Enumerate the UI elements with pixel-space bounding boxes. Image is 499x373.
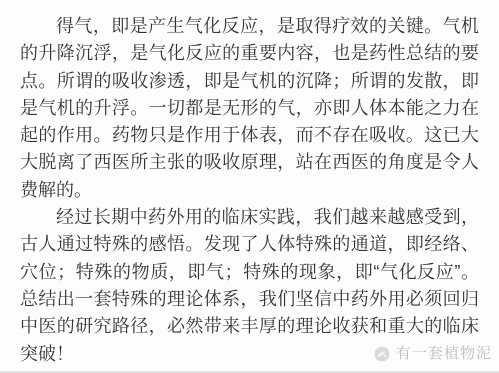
article-page: 得气，即是产生气化反应，是取得疗效的关键。气机的升降沉浮，是气化反应的重要内容，… — [0, 0, 499, 373]
watermark-label: 有一套植物泥 — [396, 345, 492, 363]
plant-mud-logo-icon — [373, 345, 391, 363]
article-paragraph-1: 得气，即是产生气化反应，是取得疗效的关键。气机的升降沉浮，是气化反应的重要内容，… — [20, 13, 479, 204]
watermark: 有一套植物泥 — [373, 345, 492, 363]
article-paragraph-2: 经过长期中药外用的临床实践，我们越来越感受到，古人通过特殊的感悟。发现了人体特殊… — [20, 204, 479, 368]
